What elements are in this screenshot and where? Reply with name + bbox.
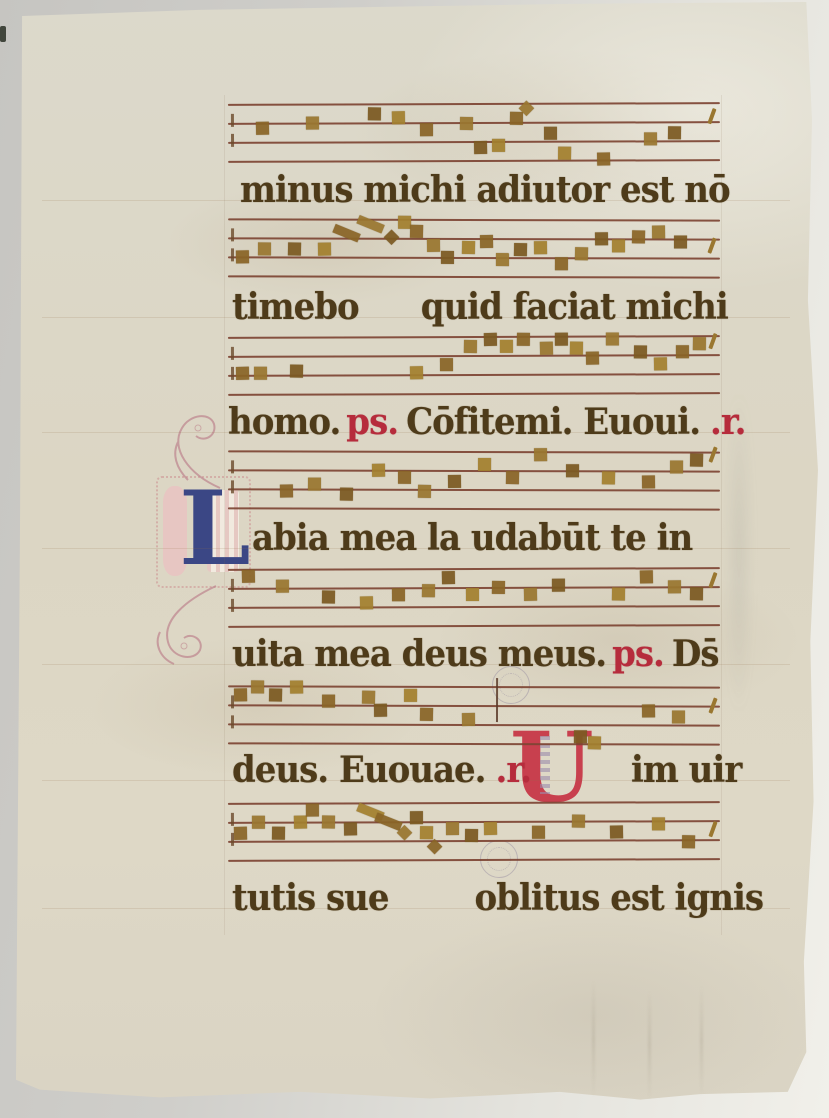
clef-mark bbox=[231, 248, 234, 261]
neume-square bbox=[602, 471, 615, 484]
neume-square bbox=[440, 358, 453, 371]
ruling-line-vertical bbox=[224, 95, 225, 935]
clef-mark bbox=[231, 114, 234, 127]
neume-square bbox=[484, 822, 497, 835]
neume-square bbox=[612, 239, 625, 252]
neume-square bbox=[524, 588, 537, 601]
neume-square bbox=[517, 333, 530, 346]
neume-square bbox=[344, 822, 357, 835]
neume-square bbox=[322, 815, 335, 828]
neume-square bbox=[644, 132, 657, 145]
neume-square bbox=[555, 333, 568, 346]
rubric-text: ps. bbox=[612, 630, 664, 679]
backdrop-speck bbox=[0, 26, 6, 42]
chant-text-line: timeboquid faciat michi bbox=[232, 283, 728, 332]
neume-square bbox=[606, 332, 619, 345]
chant-text: im uir bbox=[631, 746, 741, 795]
neume-square bbox=[676, 345, 689, 358]
neume-square bbox=[254, 367, 267, 380]
rubric-text: .r. bbox=[710, 398, 745, 447]
chant-text: Cōfitemi. Euoui. bbox=[406, 398, 700, 447]
custos-tick bbox=[708, 821, 717, 837]
neume-square bbox=[318, 243, 331, 256]
staff-divider bbox=[496, 678, 498, 722]
staff bbox=[228, 567, 720, 628]
neume-square bbox=[544, 127, 557, 140]
neume-square bbox=[566, 464, 579, 477]
chant-text-line: abia mea la udabūt te in bbox=[252, 514, 692, 563]
neume-square bbox=[294, 815, 307, 828]
neume-square bbox=[441, 251, 454, 264]
chant-text-line: uita mea deus meus.ps.Ds̄ bbox=[232, 630, 719, 679]
neume-square bbox=[410, 811, 423, 824]
neume-square bbox=[595, 232, 608, 245]
clef-mark bbox=[231, 715, 234, 728]
neume-square bbox=[362, 691, 375, 704]
neume-square bbox=[496, 253, 509, 266]
neume-square bbox=[306, 117, 319, 130]
neume-square bbox=[236, 367, 249, 380]
neume-square bbox=[306, 804, 319, 817]
neume-square bbox=[612, 587, 625, 600]
staff bbox=[228, 685, 720, 745]
neume-square bbox=[290, 365, 303, 378]
neume-square bbox=[670, 461, 683, 474]
chant-text: minus michi adiutor est nō bbox=[240, 166, 730, 215]
neume-square bbox=[251, 680, 264, 693]
chant-text-line: homo.ps.Cōfitemi. Euoui..r. bbox=[228, 398, 746, 447]
neume-square bbox=[474, 141, 487, 154]
staff bbox=[228, 801, 720, 862]
chant-text: timebo bbox=[232, 283, 359, 332]
neume-square bbox=[234, 688, 247, 701]
neume-square bbox=[690, 587, 703, 600]
neume-square bbox=[586, 351, 599, 364]
neume-square bbox=[322, 590, 335, 603]
neume-square bbox=[534, 241, 547, 254]
neume-square bbox=[368, 107, 381, 120]
neume-square bbox=[492, 581, 505, 594]
neume-square bbox=[280, 484, 293, 497]
neume-square bbox=[668, 580, 681, 593]
neume-square bbox=[392, 588, 405, 601]
neume-square bbox=[442, 571, 455, 584]
chant-text-line: deus. Euouae..r.im uir bbox=[232, 746, 741, 795]
neume-square bbox=[462, 713, 475, 726]
chant-text: Ds̄ bbox=[672, 630, 719, 679]
neume-square bbox=[552, 579, 565, 592]
parchment-crease bbox=[592, 980, 595, 1098]
neume-square bbox=[597, 152, 610, 165]
neume-square bbox=[404, 689, 417, 702]
neume-diamond bbox=[384, 230, 400, 246]
clef-mark bbox=[231, 347, 234, 360]
neume-square bbox=[668, 126, 681, 139]
neume-square bbox=[374, 704, 387, 717]
neume-square bbox=[652, 817, 665, 830]
neume-square bbox=[558, 147, 571, 160]
chant-text: tutis sue bbox=[232, 874, 389, 923]
margin-flourish-lower bbox=[146, 580, 230, 672]
staff-line bbox=[228, 256, 720, 259]
neume-square bbox=[372, 464, 385, 477]
neume-square bbox=[420, 123, 433, 136]
neume-square bbox=[236, 250, 249, 263]
neume-square bbox=[420, 708, 433, 721]
neume-square bbox=[258, 242, 271, 255]
neume-square bbox=[570, 342, 583, 355]
neume-square bbox=[610, 825, 623, 838]
neume-square bbox=[693, 337, 706, 350]
clef-mark bbox=[231, 367, 234, 380]
neume-square bbox=[462, 241, 475, 254]
neume-square bbox=[478, 458, 491, 471]
neume-square bbox=[290, 680, 303, 693]
neume-square bbox=[272, 827, 285, 840]
parchment-crease bbox=[700, 985, 703, 1097]
rubric-text: .r. bbox=[495, 746, 530, 795]
neume-square bbox=[682, 835, 695, 848]
neume-square bbox=[514, 243, 527, 256]
neume-square bbox=[634, 345, 647, 358]
neume-square bbox=[642, 704, 655, 717]
neume-square bbox=[654, 357, 667, 370]
neume-square bbox=[464, 340, 477, 353]
staff-line bbox=[228, 335, 720, 339]
clef-mark bbox=[231, 460, 234, 473]
chant-text: oblitus est ignis bbox=[475, 874, 763, 923]
neume-square bbox=[690, 453, 703, 466]
neume-square bbox=[500, 340, 513, 353]
neume-square bbox=[460, 117, 473, 130]
neume-square bbox=[392, 111, 405, 124]
staff bbox=[228, 218, 720, 278]
clef-mark bbox=[231, 599, 234, 612]
neume-square bbox=[466, 588, 479, 601]
neume-oblique bbox=[374, 813, 402, 831]
neume-square bbox=[506, 471, 519, 484]
neume-square bbox=[642, 475, 655, 488]
neume-square bbox=[269, 688, 282, 701]
staff-line bbox=[228, 102, 720, 106]
neume-square bbox=[360, 596, 373, 609]
rubric-text: ps. bbox=[346, 398, 398, 447]
staff-line bbox=[228, 469, 720, 472]
neume-square bbox=[492, 139, 505, 152]
neume-square bbox=[276, 580, 289, 593]
neume-square bbox=[322, 695, 335, 708]
clef-mark bbox=[231, 134, 234, 147]
chant-text: uita mea deus meus. bbox=[232, 630, 606, 679]
chant-text: abia mea la udabūt te in bbox=[252, 514, 692, 563]
staff-line bbox=[228, 488, 720, 491]
neume-square bbox=[555, 257, 568, 270]
photo-backdrop: L U minus michi adiutor est nōtimeboquid… bbox=[0, 0, 829, 1118]
neume-square bbox=[427, 239, 440, 252]
neume-square bbox=[640, 570, 653, 583]
clef-mark bbox=[231, 228, 234, 241]
neume-square bbox=[242, 570, 255, 583]
neume-square bbox=[674, 236, 687, 249]
clef-mark bbox=[231, 480, 234, 493]
staff-line bbox=[228, 801, 720, 805]
neume-square bbox=[465, 829, 478, 842]
staff-line bbox=[228, 218, 720, 221]
chant-text: deus. Euouae. bbox=[232, 746, 485, 795]
neume-square bbox=[510, 112, 523, 125]
neume-square bbox=[448, 475, 461, 488]
neume-square bbox=[575, 247, 588, 260]
staff-line bbox=[228, 121, 720, 125]
neume-square bbox=[410, 225, 423, 238]
neume-square bbox=[418, 485, 431, 498]
neume-square bbox=[308, 478, 321, 491]
neume-square bbox=[534, 448, 547, 461]
staff-line bbox=[228, 605, 720, 609]
neume-square bbox=[410, 366, 423, 379]
neume-square bbox=[446, 822, 459, 835]
chant-text: homo. bbox=[228, 398, 340, 447]
neume-square bbox=[574, 730, 587, 743]
neume-square bbox=[532, 826, 545, 839]
neume-square bbox=[480, 235, 493, 248]
staff-line bbox=[228, 450, 720, 453]
neume-square bbox=[572, 815, 585, 828]
parchment-crease bbox=[648, 990, 651, 1100]
neume-square bbox=[340, 488, 353, 501]
chant-text-line: tutis sueoblitus est ignis bbox=[232, 874, 763, 923]
chant-text-line: minus michi adiutor est nō bbox=[240, 166, 730, 215]
neume-square bbox=[672, 711, 685, 724]
neume-square bbox=[252, 816, 265, 829]
margin-flourish-upper bbox=[158, 402, 230, 494]
chant-text: quid faciat michi bbox=[421, 283, 728, 332]
neume-square bbox=[288, 242, 301, 255]
ruling-line-vertical bbox=[721, 95, 722, 935]
neume-square bbox=[484, 333, 497, 346]
staff bbox=[228, 450, 720, 510]
neume-square bbox=[652, 225, 665, 238]
staff bbox=[228, 335, 720, 396]
clef-mark bbox=[231, 813, 234, 826]
neume-square bbox=[420, 826, 433, 839]
neume-square bbox=[540, 342, 553, 355]
staff bbox=[228, 102, 720, 163]
neume-square bbox=[422, 584, 435, 597]
neume-square bbox=[234, 827, 247, 840]
neume-square bbox=[256, 122, 269, 135]
neume-square bbox=[398, 471, 411, 484]
neume-square bbox=[632, 230, 645, 243]
clef-mark bbox=[231, 579, 234, 592]
